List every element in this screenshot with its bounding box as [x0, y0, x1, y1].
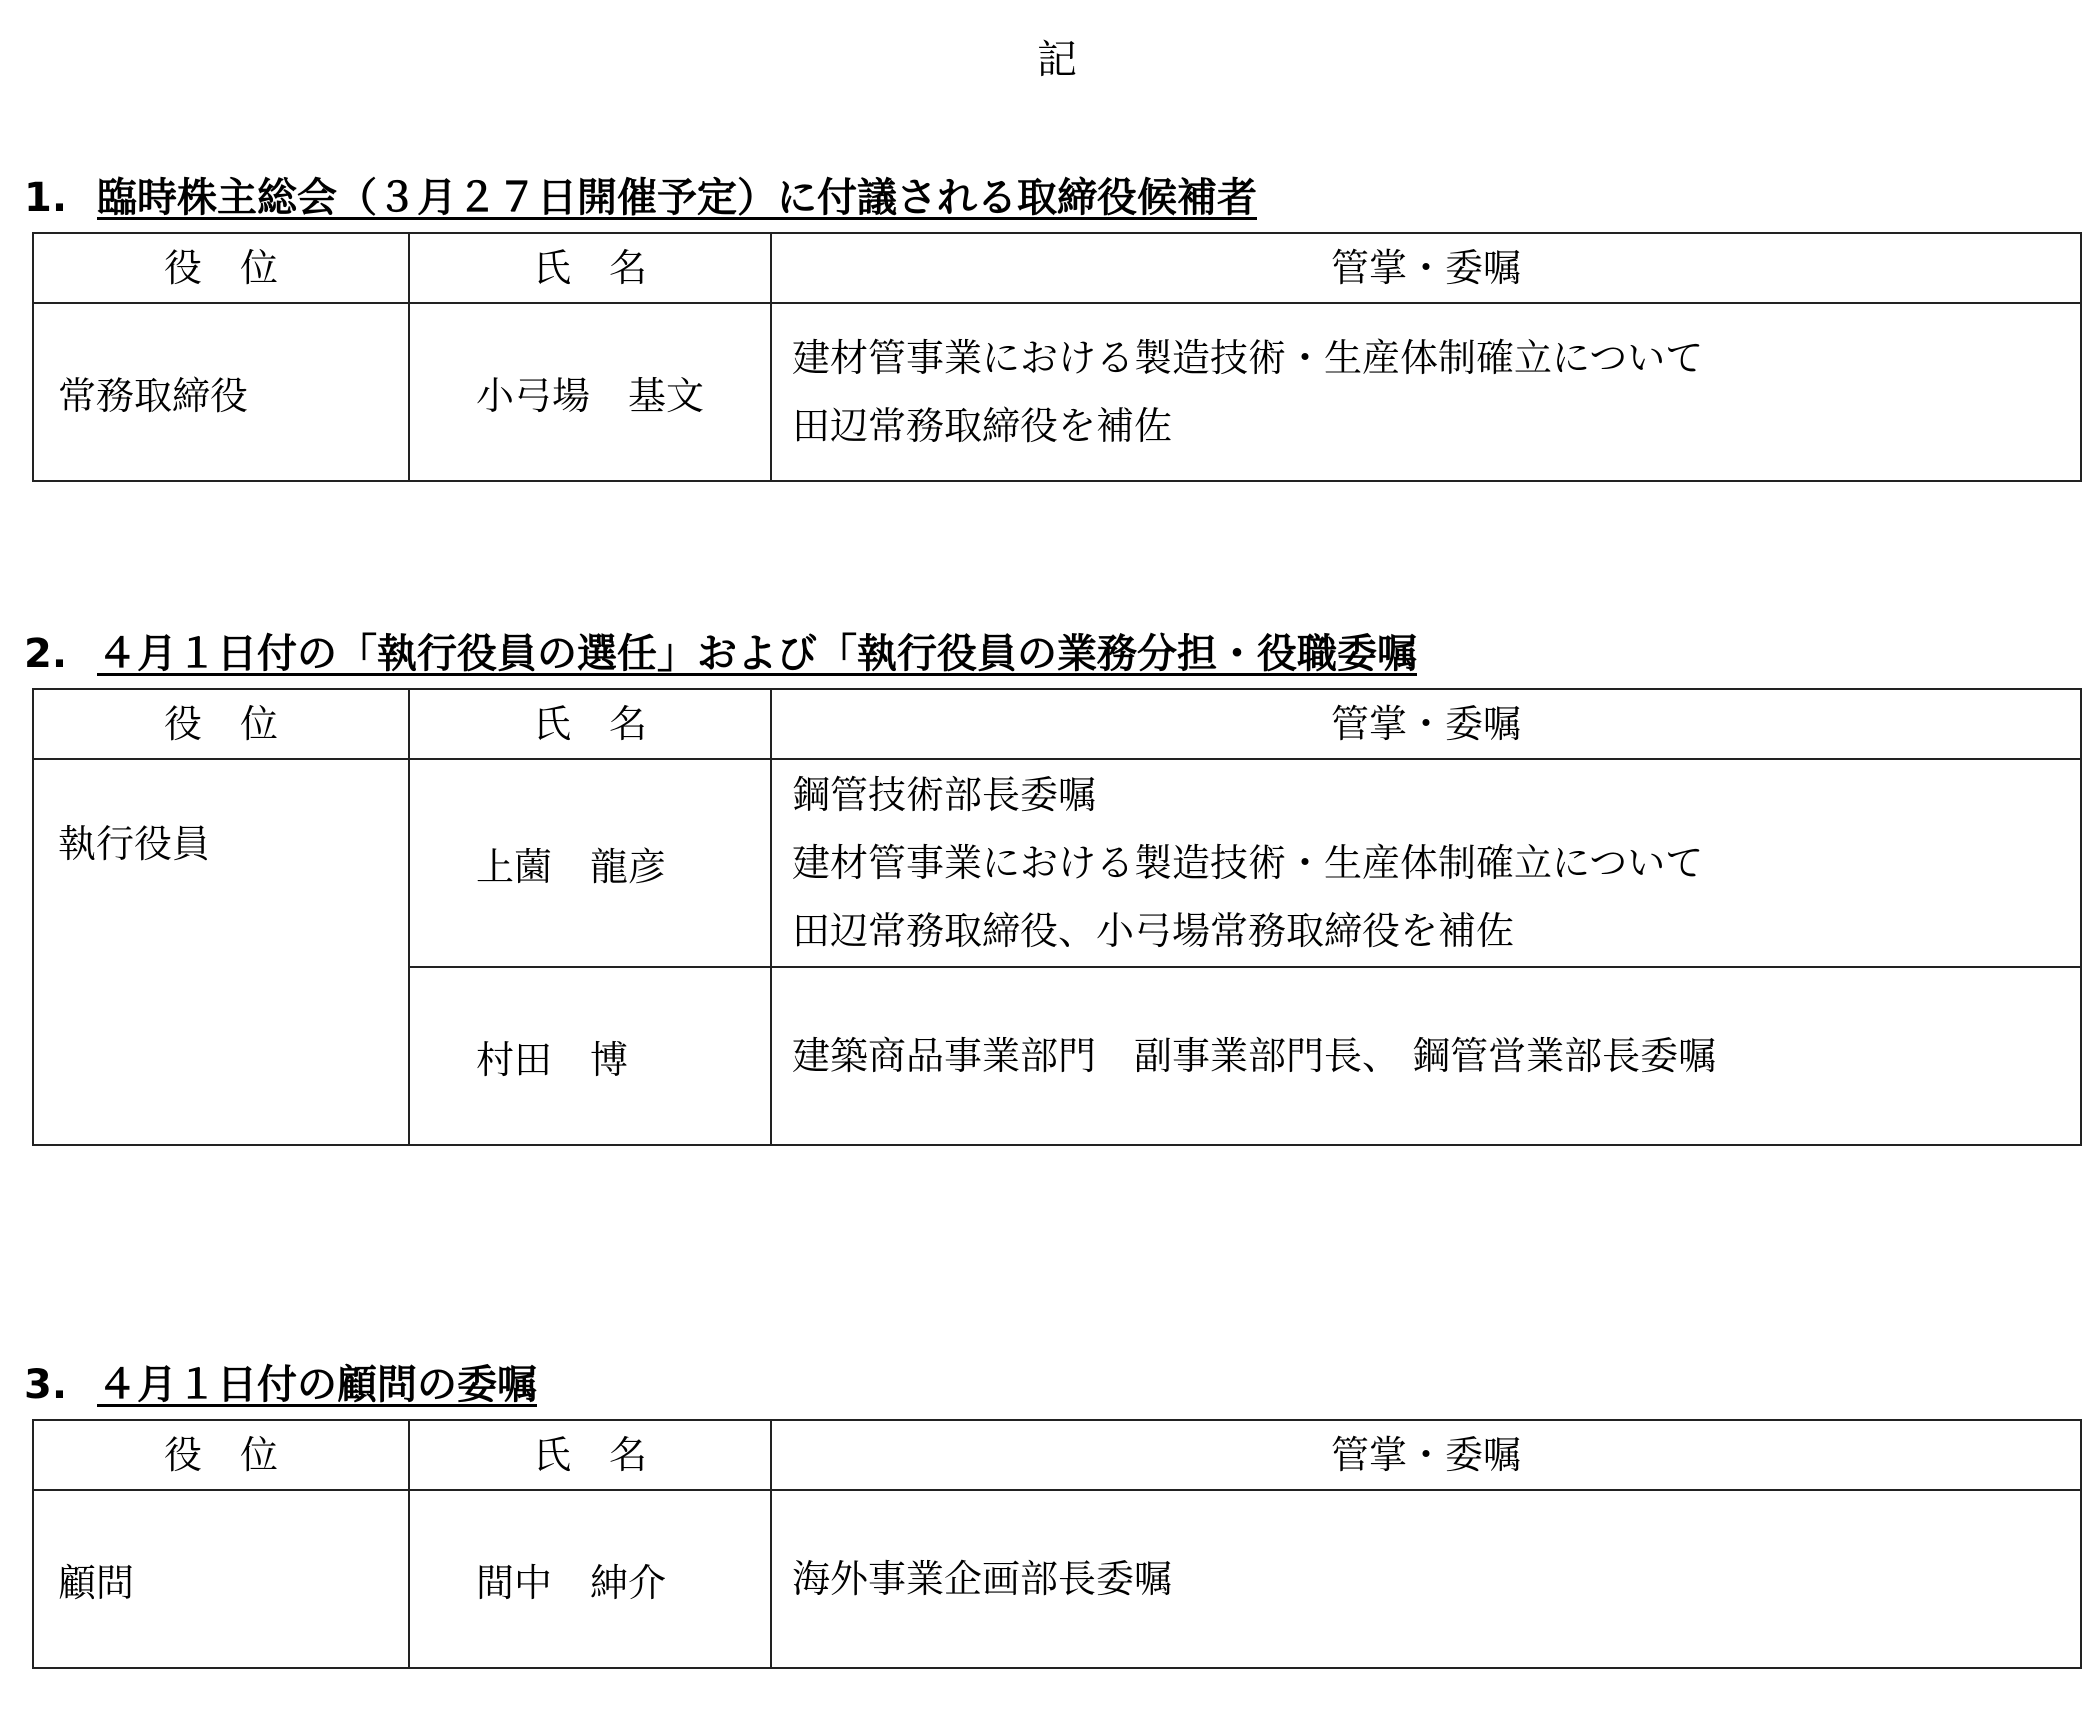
table-row: 顧問 間中 紳介 海外事業企画部長委嘱 — [33, 1490, 2081, 1668]
duty-cell: 鋼管技術部長委嘱 建材管事業における製造技術・生産体制確立について 田辺常務取締… — [771, 759, 2081, 967]
header-name: 氏 名 — [409, 1420, 771, 1490]
name-cell: 間中 紳介 — [409, 1490, 771, 1668]
section-number: 3. — [24, 1359, 97, 1411]
name-cell: 上薗 龍彦 — [409, 759, 771, 967]
header-name: 氏 名 — [409, 689, 771, 759]
table-header-row: 役 位 氏 名 管掌・委嘱 — [33, 233, 2081, 303]
duty-line: 建築商品事業部門 副事業部門長、 鋼管営業部長委嘱 — [792, 1022, 2080, 1090]
role-cell: 執行役員 — [33, 759, 409, 1145]
role-cell: 顧問 — [33, 1490, 409, 1668]
section-number: 1. — [24, 172, 97, 224]
role-cell: 常務取締役 — [33, 303, 409, 481]
header-name: 氏 名 — [409, 233, 771, 303]
section-1-heading: 1.臨時株主総会（３月２７日開催予定）に付議される取締役候補者 — [24, 172, 1257, 224]
duty-line: 建材管事業における製造技術・生産体制確立について — [792, 829, 2080, 897]
document-title-mark: 記 — [1017, 34, 1097, 86]
duty-line: 海外事業企画部長委嘱 — [792, 1545, 2080, 1613]
table-header-row: 役 位 氏 名 管掌・委嘱 — [33, 689, 2081, 759]
duty-line: 鋼管技術部長委嘱 — [792, 761, 2080, 829]
header-duty: 管掌・委嘱 — [771, 1420, 2081, 1490]
table-row: 常務取締役 小弓場 基文 建材管事業における製造技術・生産体制確立について 田辺… — [33, 303, 2081, 481]
section-number: 2. — [24, 628, 97, 680]
duty-cell: 建築商品事業部門 副事業部門長、 鋼管営業部長委嘱 — [771, 967, 2081, 1145]
name-cell: 小弓場 基文 — [409, 303, 771, 481]
section-title: ４月１日付の顧問の委嘱 — [97, 1362, 537, 1408]
section-title: 臨時株主総会（３月２７日開催予定）に付議される取締役候補者 — [97, 175, 1257, 221]
duty-line: 田辺常務取締役を補佐 — [792, 392, 2080, 460]
header-duty: 管掌・委嘱 — [771, 233, 2081, 303]
duty-line: 田辺常務取締役、小弓場常務取締役を補佐 — [792, 897, 2080, 965]
duty-cell: 建材管事業における製造技術・生産体制確立について 田辺常務取締役を補佐 — [771, 303, 2081, 481]
header-role: 役 位 — [33, 233, 409, 303]
section-title: ４月１日付の「執行役員の選任」および「執行役員の業務分担・役職委嘱 — [97, 631, 1417, 677]
section-3-heading: 3.４月１日付の顧問の委嘱 — [24, 1359, 537, 1411]
duty-line: 建材管事業における製造技術・生産体制確立について — [792, 324, 2080, 392]
section-3-table: 役 位 氏 名 管掌・委嘱 顧問 間中 紳介 海外事業企画部長委嘱 — [32, 1419, 2082, 1669]
header-role: 役 位 — [33, 1420, 409, 1490]
duty-cell: 海外事業企画部長委嘱 — [771, 1490, 2081, 1668]
name-cell: 村田 博 — [409, 967, 771, 1145]
header-role: 役 位 — [33, 689, 409, 759]
section-2-table: 役 位 氏 名 管掌・委嘱 執行役員 上薗 龍彦 鋼管技術部長委嘱 建材管事業に… — [32, 688, 2082, 1146]
section-1-table: 役 位 氏 名 管掌・委嘱 常務取締役 小弓場 基文 建材管事業における製造技術… — [32, 232, 2082, 482]
table-header-row: 役 位 氏 名 管掌・委嘱 — [33, 1420, 2081, 1490]
table-row: 執行役員 上薗 龍彦 鋼管技術部長委嘱 建材管事業における製造技術・生産体制確立… — [33, 759, 2081, 967]
section-2-heading: 2.４月１日付の「執行役員の選任」および「執行役員の業務分担・役職委嘱 — [24, 628, 1417, 680]
role-label: 執行役員 — [58, 810, 408, 878]
header-duty: 管掌・委嘱 — [771, 689, 2081, 759]
